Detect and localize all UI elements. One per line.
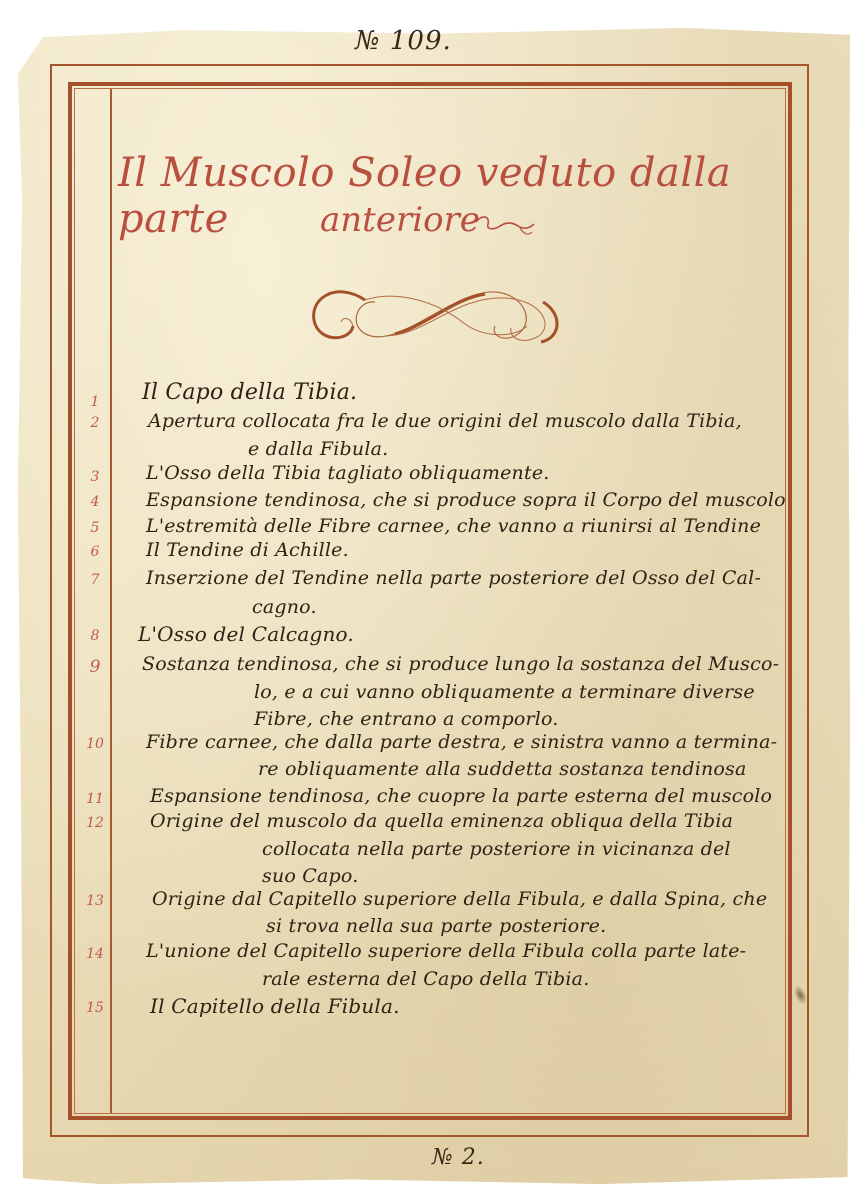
entry-text: Origine del muscolo da quella eminenza o…: [150, 810, 733, 832]
entry-text: L'Osso del Calcagno.: [138, 622, 354, 646]
entry-number: 5: [82, 520, 108, 536]
entry-number: 13: [82, 893, 108, 909]
entry-text: L'estremità delle Fibre carnee, che vann…: [146, 515, 761, 537]
entry-number: 7: [82, 572, 108, 588]
entry-text: Il Capitello della Fibula.: [150, 994, 400, 1018]
entry-number: 10: [82, 736, 108, 752]
entry-text: Inserzione del Tendine nella parte poste…: [146, 567, 761, 589]
entry-text-continuation: re obliquamente alla suddetta sostanza t…: [258, 758, 747, 780]
entry-text: Espansione tendinosa, che si produce sop…: [146, 489, 786, 511]
entry-text-continuation: Fibre, che entrano a comporlo.: [254, 708, 559, 730]
entry-text: L'unione del Capitello superiore della F…: [146, 940, 746, 962]
entry-number: 9: [82, 657, 108, 677]
entry-number: 1: [82, 394, 108, 410]
entry-number: 15: [82, 1000, 108, 1016]
entry-text: Espansione tendinosa, che cuopre la part…: [150, 785, 772, 807]
entry-number: 2: [82, 415, 108, 431]
entry-text-continuation: lo, e a cui vanno obliquamente a termina…: [254, 681, 755, 703]
entry-number: 4: [82, 494, 108, 510]
entry-text-continuation: si trova nella sua parte posteriore.: [266, 915, 606, 937]
entry-text: Sostanza tendinosa, che si produce lungo…: [142, 653, 779, 675]
entry-text: Il Capo della Tibia.: [142, 380, 357, 405]
entry-number: 3: [82, 469, 108, 485]
entry-text: Fibre carnee, che dalla parte destra, e …: [146, 731, 777, 753]
entry-text: Origine dal Capitello superiore della Fi…: [152, 888, 767, 910]
entry-text-continuation: suo Capo.: [262, 865, 358, 887]
entry-number: 14: [82, 946, 108, 962]
entry-number: 12: [82, 815, 108, 831]
entry-text: Apertura collocata fra le due origini de…: [148, 410, 742, 432]
entry-text-continuation: collocata nella parte posteriore in vici…: [262, 838, 731, 860]
entry-text: L'Osso della Tibia tagliato obliquamente…: [146, 462, 550, 484]
folio-number-bottom: № 2.: [432, 1145, 485, 1170]
entry-number: 11: [82, 791, 108, 807]
entry-text-continuation: cagno.: [252, 596, 317, 618]
entry-text-continuation: rale esterna del Capo della Tibia.: [262, 968, 589, 990]
entry-number: 6: [82, 544, 108, 560]
entry-text: Il Tendine di Achille.: [146, 539, 349, 561]
entry-text-continuation: e dalla Fibula.: [248, 438, 388, 460]
legend-list: 1 Il Capo della Tibia. 2 Apertura colloc…: [0, 0, 865, 1200]
entry-number: 8: [82, 628, 108, 644]
